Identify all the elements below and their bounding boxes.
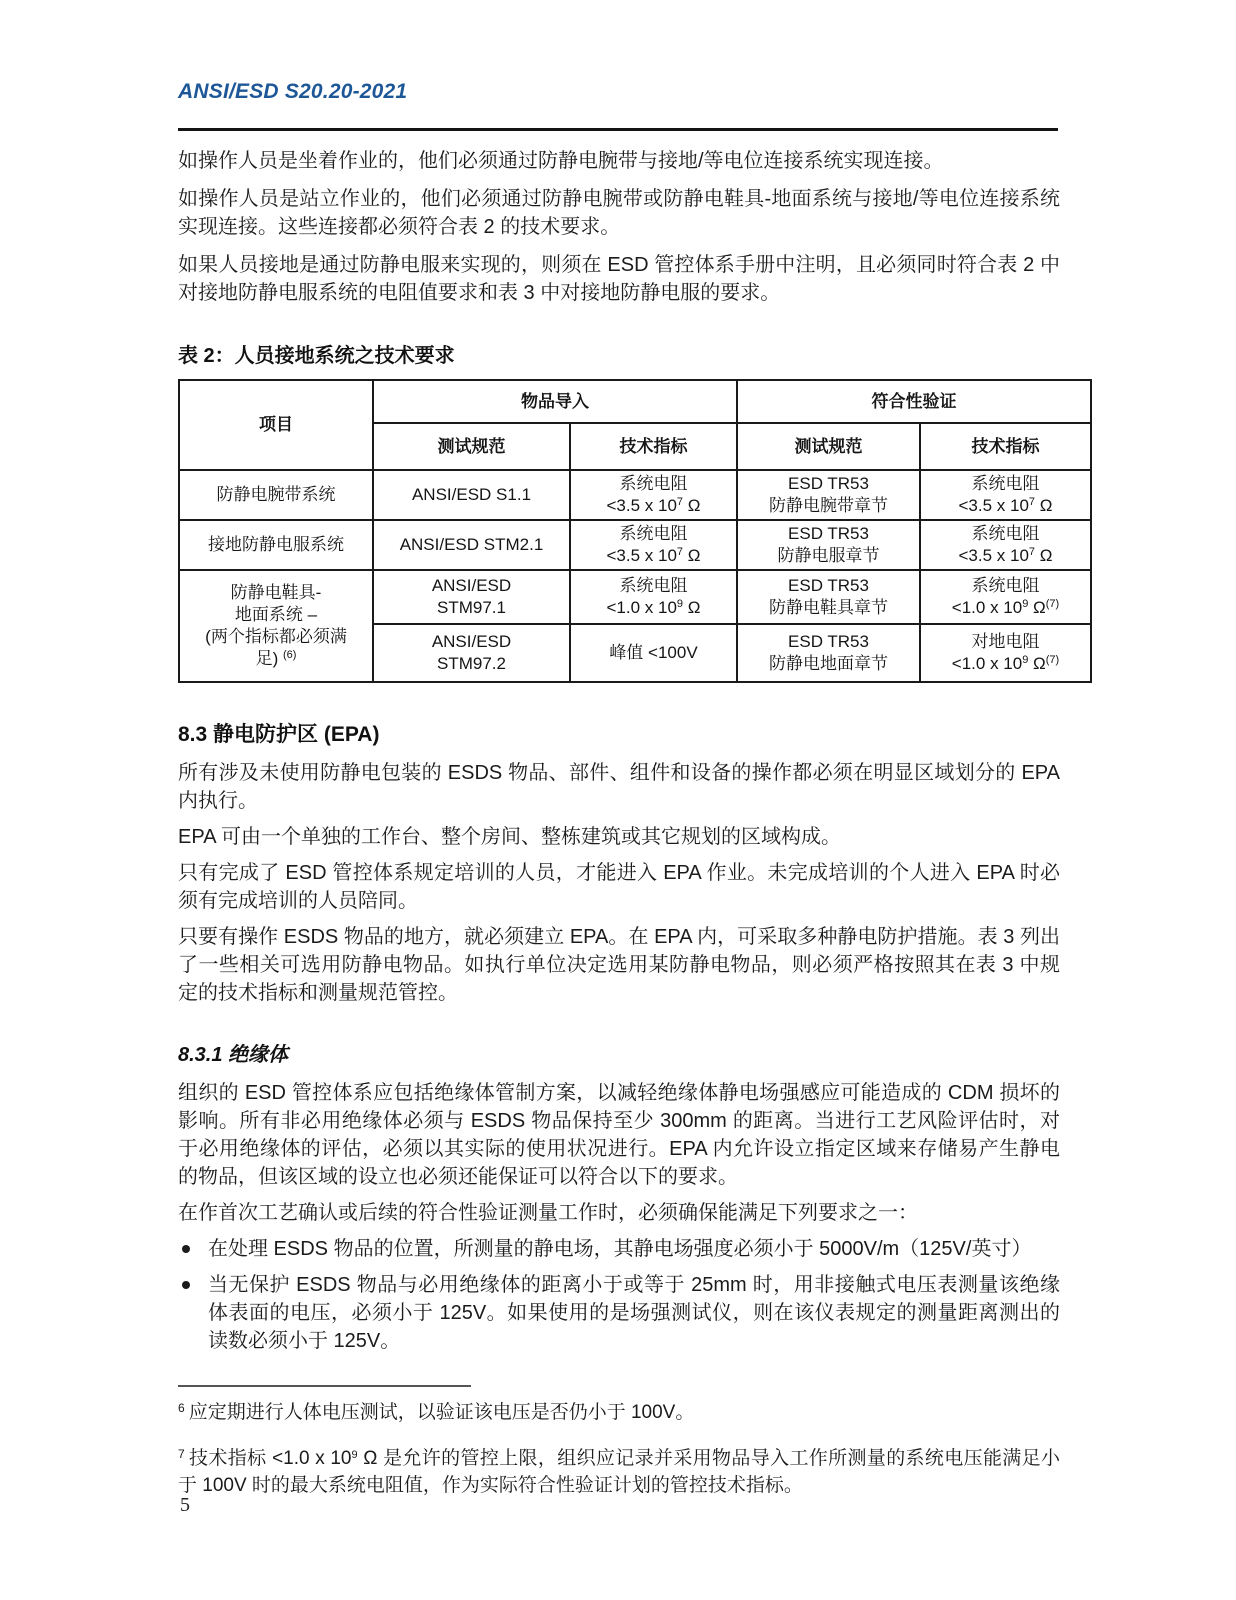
cell-pq-limit: 系统电阻<3.5 x 107 Ω [570,470,737,520]
table-row-wrist-strap: 防静电腕带系统 ANSI/ESD S1.1 系统电阻<3.5 x 107 Ω E… [179,470,1091,520]
section-8-3-paragraph-2: EPA 可由一个单独的工作台、整个房间、整栋建筑或其它规划的区域构成。 [178,823,1060,851]
section-8-3-paragraph-3: 只有完成了 ESD 管控体系规定培训的人员，才能进入 EPA 作业。未完成培训的… [178,859,1060,915]
cell-item: 接地防静电服系统 [179,520,373,570]
section-8-3-1-paragraph-1: 组织的 ESD 管控体系应包括绝缘体管制方案，以减轻绝缘体静电场强感应可能造成的… [178,1079,1060,1191]
table-header-compliance-verification: 符合性验证 [737,380,1091,423]
document-page: ANSI/ESD S20.20-2021 如操作人员是坐着作业的，他们必须通过防… [0,0,1236,1600]
table-2-title: 表 2：人员接地系统之技术要求 [178,343,1060,369]
bullet-dot-icon [182,1245,190,1253]
cell-cv-method: ESD TR53防静电服章节 [737,520,920,570]
page-content: ANSI/ESD S20.20-2021 如操作人员是坐着作业的，他们必须通过防… [178,0,1060,1518]
table-row-footwear-flooring-1: 防静电鞋具- 地面系统 – (两个指标都必须满 足) (6) ANSI/ESDS… [179,570,1091,624]
cell-pq-limit: 系统电阻<1.0 x 109 Ω [570,570,737,624]
table-header-cv-test-method: 测试规范 [737,423,920,470]
cell-cv-limit: 对地电阻<1.0 x 109 Ω(7) [920,624,1091,682]
table-row-garment: 接地防静电服系统 ANSI/ESD STM2.1 系统电阻<3.5 x 107 … [179,520,1091,570]
cell-pq-method: ANSI/ESD S1.1 [373,470,570,520]
footnote-6: 6应定期进行人体电压测试，以验证该电压是否仍小于 100V。 [178,1399,1060,1426]
bullet-item-insulator-voltage: 当无保护 ESDS 物品与必用绝缘体的距离小于或等于 25mm 时，用非接触式电… [178,1271,1060,1355]
cell-item: 防静电腕带系统 [179,470,373,520]
table-2-personnel-grounding: 项目 物品导入 符合性验证 测试规范 技术指标 测试规范 技术指标 防静电腕带系… [178,379,1092,683]
cell-cv-method: ESD TR53防静电鞋具章节 [737,570,920,624]
cell-pq-method: ANSI/ESDSTM97.1 [373,570,570,624]
section-8-3-paragraph-1: 所有涉及未使用防静电包装的 ESDS 物品、部件、组件和设备的操作都必须在明显区… [178,759,1060,815]
section-8-3-paragraph-4: 只要有操作 ESDS 物品的地方，就必须建立 EPA。在 EPA 内，可采取多种… [178,923,1060,1007]
requirements-bullet-list: 在处理 ESDS 物品的位置，所测量的静电场，其静电场强度必须小于 5000V/… [178,1235,1060,1355]
footnote-7: 7技术指标 <1.0 x 109 Ω 是允许的管控上限，组织应记录并采用物品导入… [178,1445,1060,1499]
cell-pq-limit: 系统电阻<3.5 x 107 Ω [570,520,737,570]
footnote-separator-rule [178,1385,471,1387]
cell-item-footwear-flooring: 防静电鞋具- 地面系统 – (两个指标都必须满 足) (6) [179,570,373,682]
cell-cv-method: ESD TR53防静电腕带章节 [737,470,920,520]
bullet-item-field-strength: 在处理 ESDS 物品的位置，所测量的静电场，其静电场强度必须小于 5000V/… [178,1235,1060,1263]
section-8-3-heading: 8.3 静电防护区 (EPA) [178,723,1060,747]
table-header-cv-limit: 技术指标 [920,423,1091,470]
table-header-pq-test-method: 测试规范 [373,423,570,470]
footnote-7-marker: 7 [178,1447,185,1461]
section-8-3-1-paragraph-2: 在作首次工艺确认或后续的符合性验证测量工作时，必须确保能满足下列要求之一： [178,1199,1060,1227]
table-header-pq-limit: 技术指标 [570,423,737,470]
cell-cv-method: ESD TR53防静电地面章节 [737,624,920,682]
cell-pq-method: ANSI/ESD STM2.1 [373,520,570,570]
header-divider-rule [178,128,1058,131]
section-8-3-1-heading: 8.3.1 绝缘体 [178,1043,1060,1067]
intro-paragraph-2: 如操作人员是站立作业的，他们必须通过防静电腕带或防静电鞋具-地面系统与接地/等电… [178,185,1060,241]
table-header-product-qualification: 物品导入 [373,380,737,423]
cell-cv-limit: 系统电阻<1.0 x 109 Ω(7) [920,570,1091,624]
document-header-title: ANSI/ESD S20.20-2021 [178,80,1060,104]
footnote-6-marker: 6 [178,1401,185,1415]
bullet-dot-icon [182,1281,190,1289]
cell-pq-method: ANSI/ESDSTM97.2 [373,624,570,682]
intro-paragraph-1: 如操作人员是坐着作业的，他们必须通过防静电腕带与接地/等电位连接系统实现连接。 [178,147,1060,175]
cell-pq-limit: 峰值 <100V [570,624,737,682]
cell-cv-limit: 系统电阻<3.5 x 107 Ω [920,470,1091,520]
page-number: 5 [180,1494,190,1517]
intro-paragraph-3: 如果人员接地是通过防静电服来实现的，则须在 ESD 管控体系手册中注明，且必须同… [178,251,1060,307]
table-header-item: 项目 [179,380,373,470]
cell-cv-limit: 系统电阻<3.5 x 107 Ω [920,520,1091,570]
